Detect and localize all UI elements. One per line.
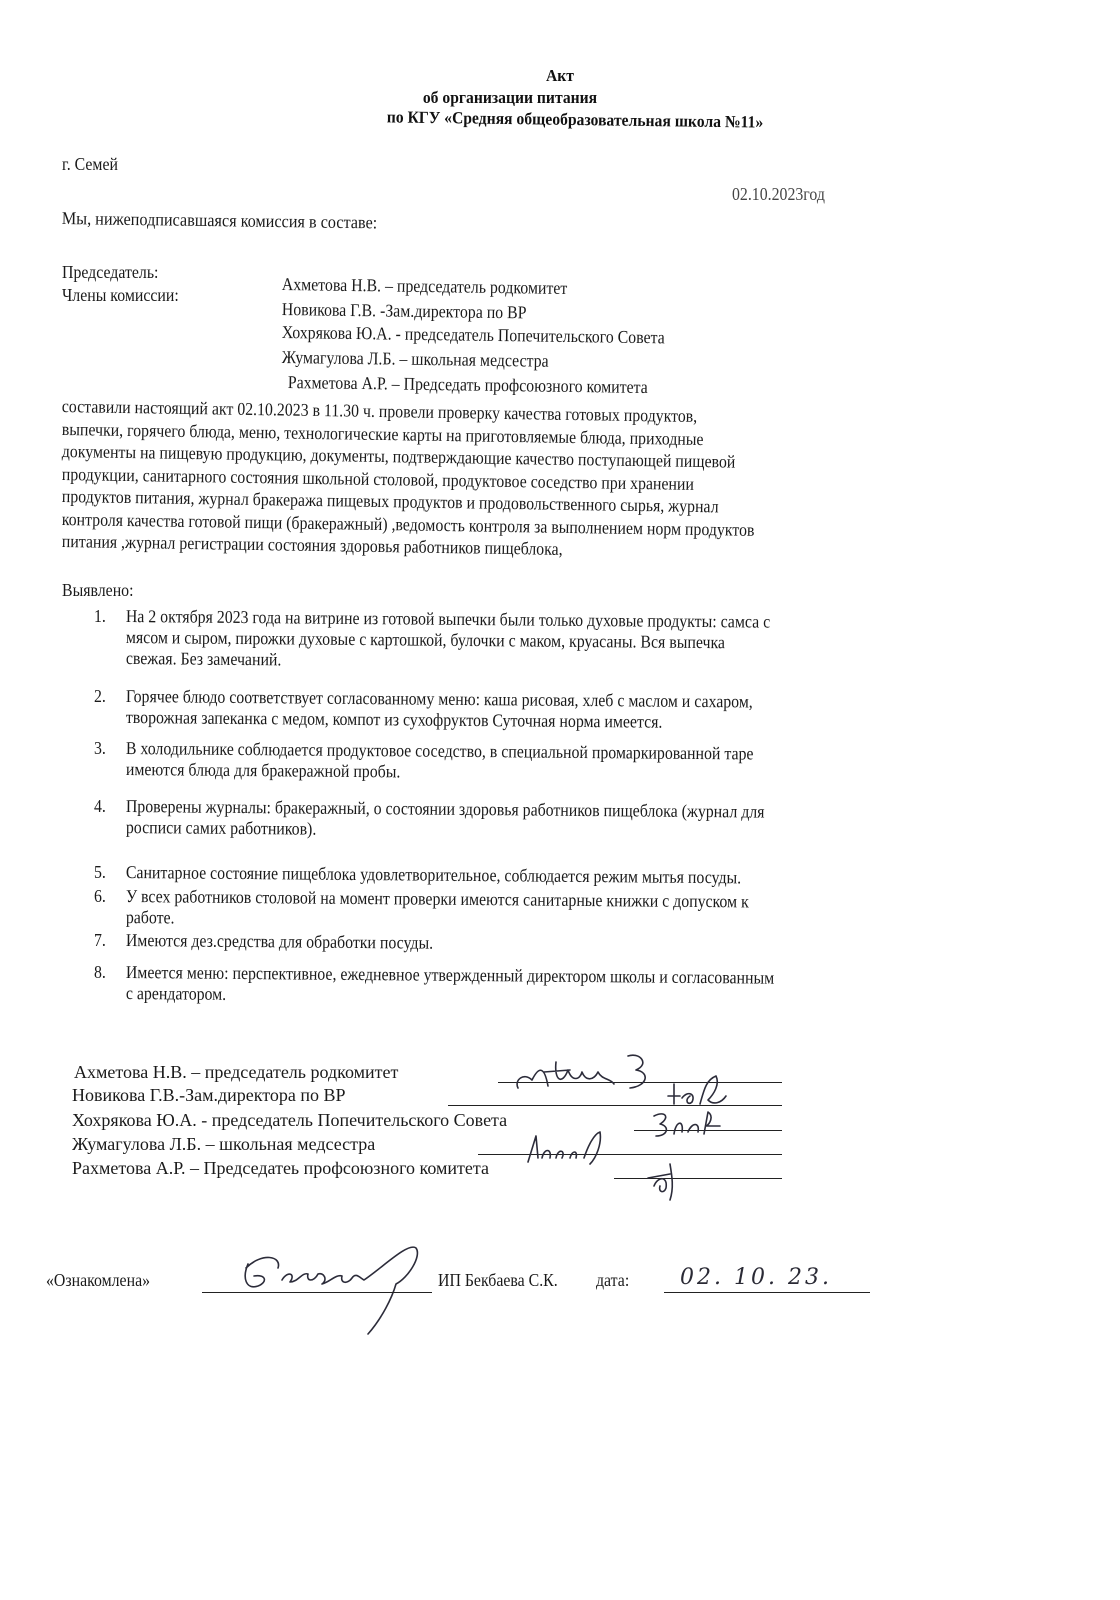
acknowledgement-label: «Ознакомлена»	[46, 1270, 150, 1291]
finding-number: 8.	[94, 962, 106, 983]
signature-rakhmetova	[640, 1156, 690, 1206]
acknowledgement-date-label: дата:	[596, 1270, 629, 1291]
findings-label: Выявлено:	[62, 580, 134, 601]
signature-bekbaeva	[232, 1238, 432, 1338]
commission-member: Новикова Г.В. -Зам.директора по ВР	[282, 299, 527, 323]
finding-text: Имеются дез.средства для обработки посуд…	[126, 930, 433, 954]
signatory-name: Новикова Г.В.-Зам.директора по ВР	[72, 1085, 346, 1106]
handwritten-date: 02. 10. 23.	[680, 1265, 832, 1290]
acknowledgement-signature-line	[202, 1292, 432, 1293]
signatory-name: Рахметова А.Р. – Председатеь профсоюзног…	[72, 1158, 489, 1179]
finding-number: 6.	[94, 886, 106, 907]
signature-novikova	[660, 1070, 750, 1110]
finding-number: 4.	[94, 796, 106, 817]
members-label: Члены комиссии:	[62, 285, 179, 306]
finding-number: 2.	[94, 686, 106, 707]
commission-member: Ахметова Н.В. – председатель родкомитет	[282, 274, 568, 299]
commission-member: Хохрякова Ю.А. - председатель Попечитель…	[282, 322, 665, 348]
finding-text: с арендатором.	[126, 983, 226, 1005]
chair-label: Председатель:	[62, 262, 158, 283]
finding-number: 1.	[94, 606, 106, 627]
signature-zhumagulova	[518, 1128, 628, 1168]
finding-text: росписи самих работников).	[126, 817, 317, 840]
document-date: 02.10.2023год	[732, 184, 825, 205]
commission-member: Рахметова А.Р. – Председать профсоюзного…	[288, 372, 648, 398]
intro-text: Мы, нижеподписавшаяся комиссия в составе…	[62, 208, 378, 233]
signatory-name: Жумагулова Л.Б. – школьная медсестра	[72, 1134, 375, 1155]
city: г. Семей	[62, 154, 118, 175]
finding-number: 3.	[94, 738, 106, 759]
signature-akhmetova	[510, 1050, 670, 1100]
finding-number: 5.	[94, 862, 106, 883]
document-title: Акт	[45, 66, 1075, 86]
finding-number: 7.	[94, 930, 106, 951]
finding-text: работе.	[126, 907, 175, 928]
acknowledgement-date-line	[664, 1292, 870, 1293]
finding-text: творожная запеканка с медом, компот из с…	[126, 707, 663, 733]
finding-text: Санитарное состояние пищеблока удовлетво…	[126, 862, 741, 888]
signature-khokhryakova	[648, 1106, 738, 1140]
finding-text: У всех работников столовой на момент про…	[126, 886, 749, 912]
signatory-name: Хохрякова Ю.А. - председатель Попечитель…	[72, 1110, 507, 1131]
acknowledgement-name: ИП Бекбаева С.К.	[438, 1270, 558, 1291]
signatory-name: Ахметова Н.В. – председатель родкомитет	[74, 1062, 398, 1083]
commission-member: Жумагулова Л.Б. – школьная медсестра	[282, 347, 549, 372]
finding-text: имеются блюда для бракеражной пробы.	[126, 759, 401, 782]
finding-text: свежая. Без замечаний.	[126, 648, 282, 670]
